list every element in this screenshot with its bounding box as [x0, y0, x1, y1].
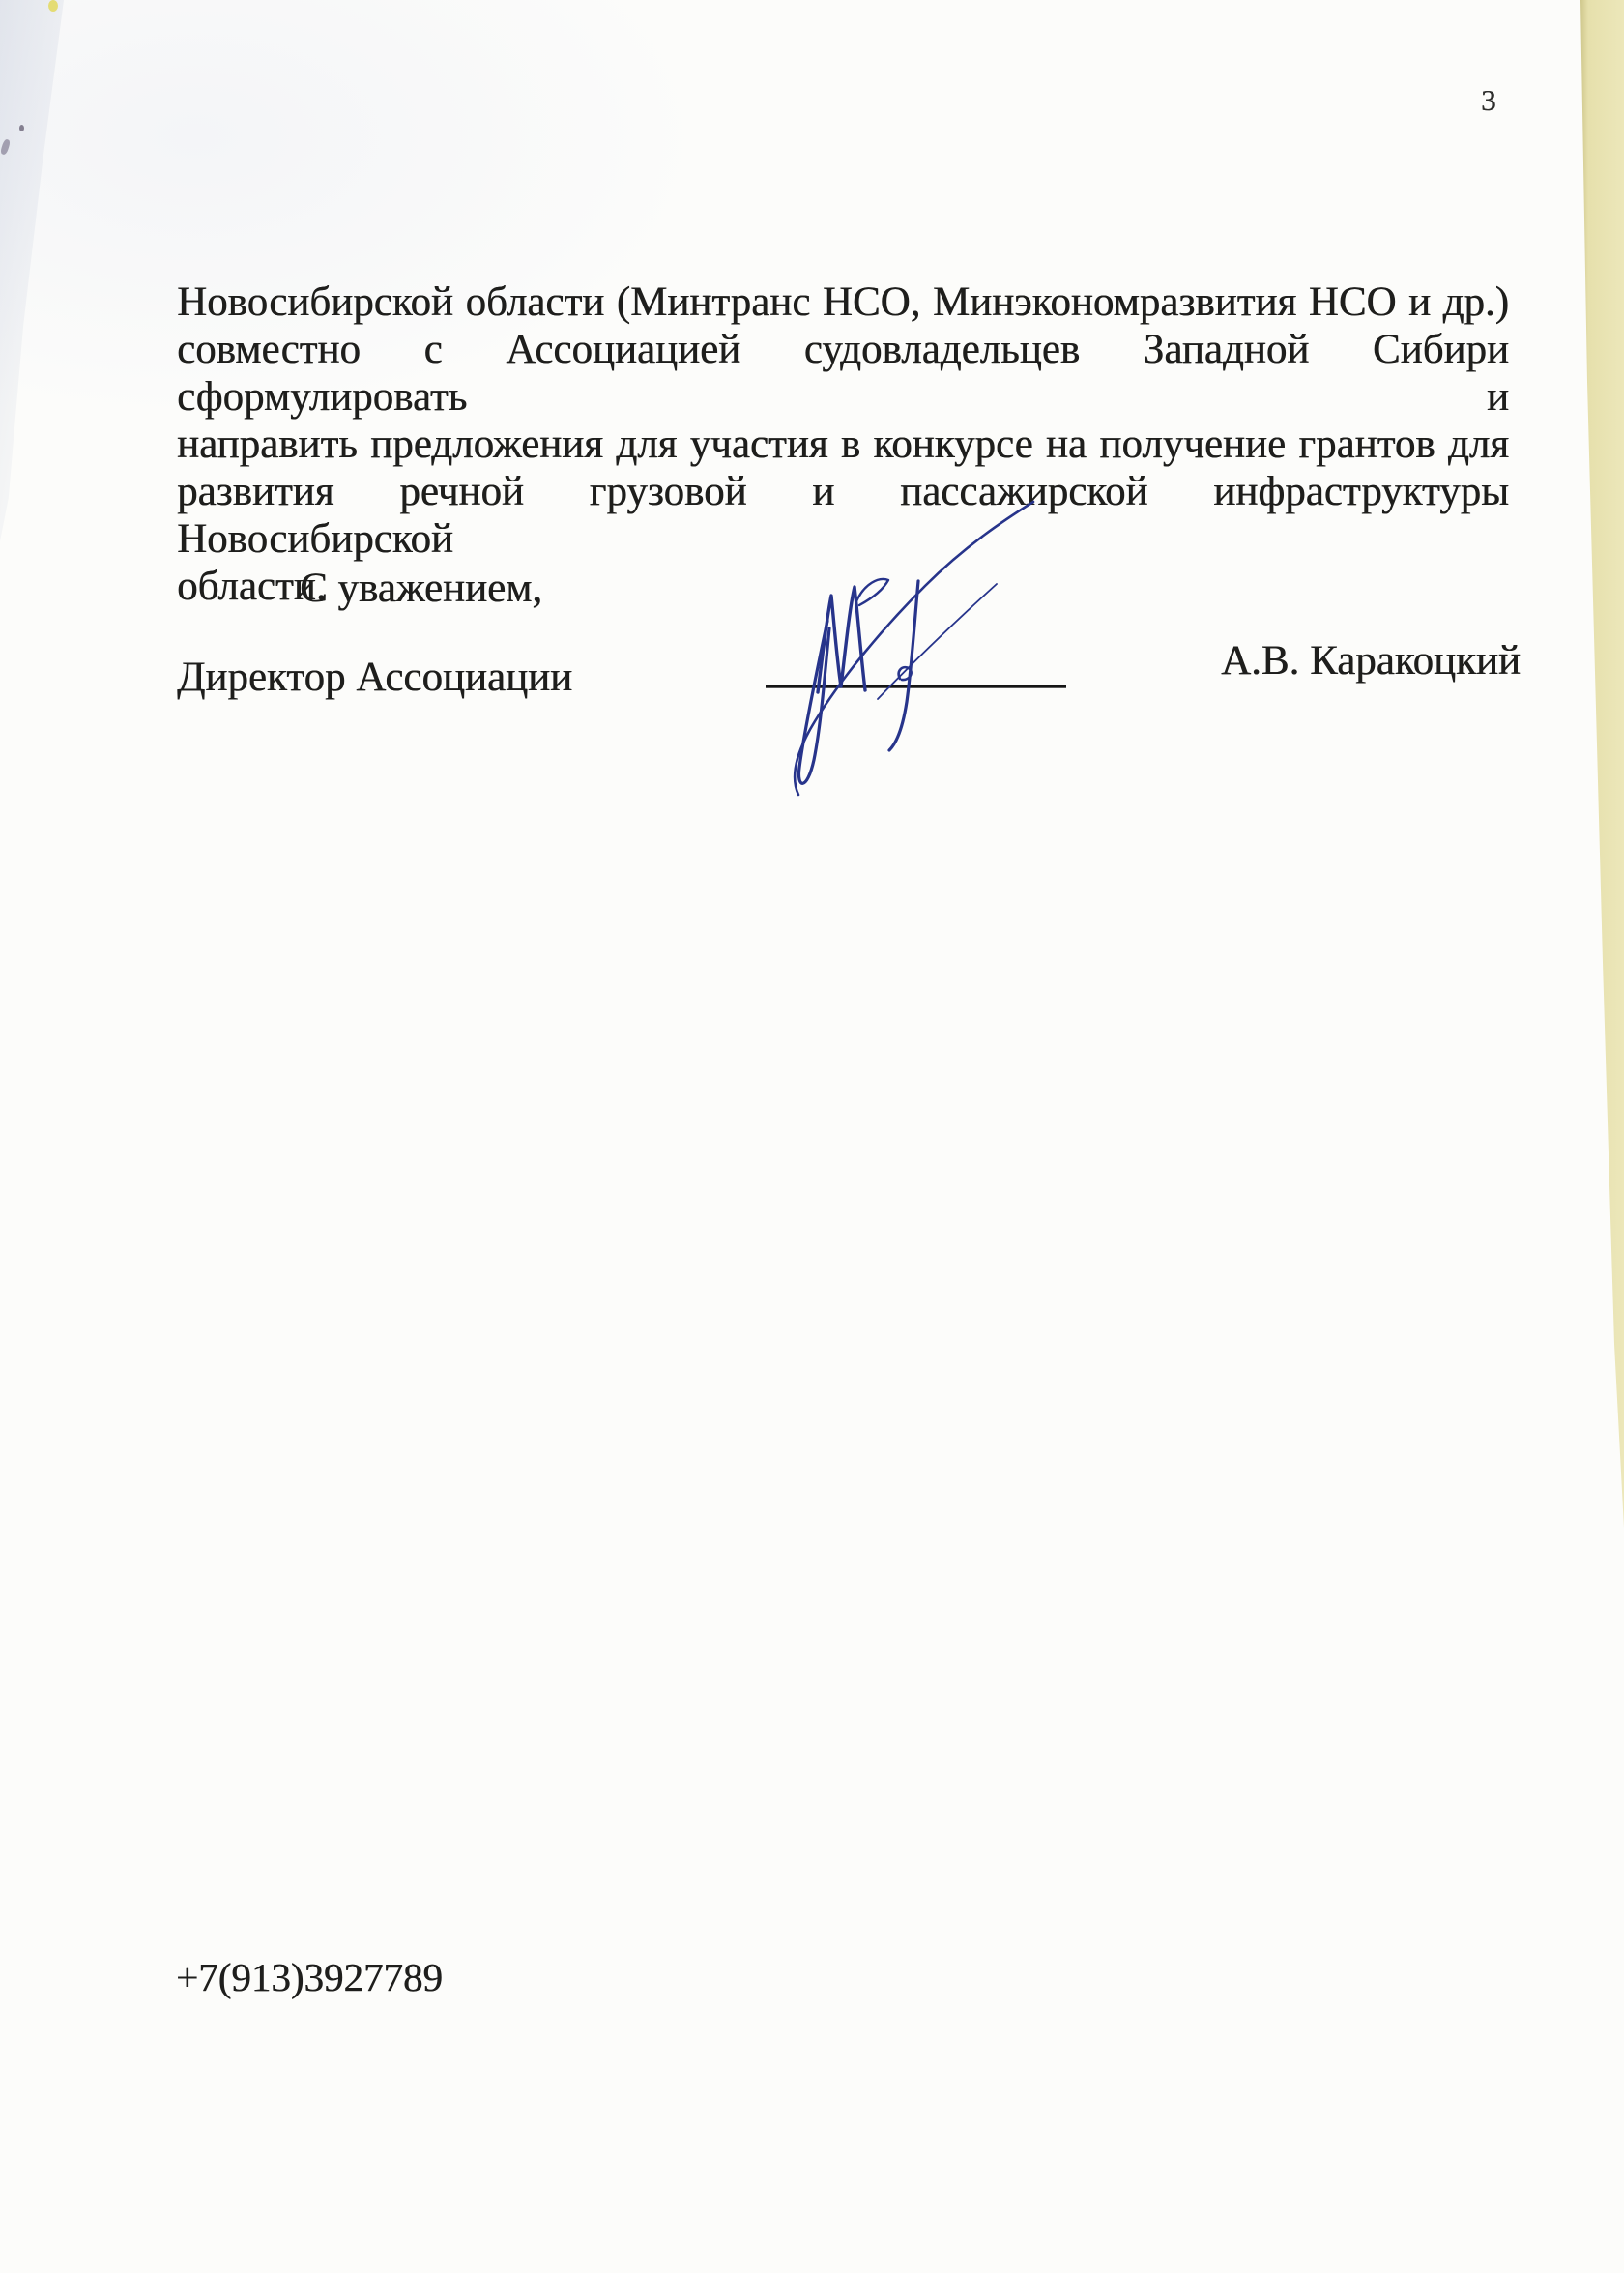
scan-speck: [48, 0, 58, 12]
page-number: 3: [1481, 83, 1496, 118]
signer-name: А.В. Каракоцкий: [1221, 637, 1521, 685]
letter-body-line: Новосибирской области (Минтранс НСО, Мин…: [177, 278, 1509, 326]
signature-line: [766, 685, 1066, 688]
signature: [754, 464, 1102, 851]
scan-corner-shadow: [0, 0, 106, 541]
letter-body-line: совместно с Ассоциацией судовладельцев З…: [177, 326, 1509, 421]
signer-title: Директор Ассоциации: [177, 654, 572, 701]
signature-scribble: [795, 502, 1033, 795]
letter-body-line: направить предложения для участия в конк…: [177, 421, 1509, 468]
scan-speck: [19, 125, 24, 131]
closing-salutation: С уважением,: [300, 565, 542, 612]
scanned-letter-page: 3 Новосибирской области (Минтранс НСО, М…: [0, 0, 1624, 2273]
contact-phone: +7(913)3927789: [176, 1954, 443, 2000]
scan-edge-background: [1576, 0, 1624, 1528]
